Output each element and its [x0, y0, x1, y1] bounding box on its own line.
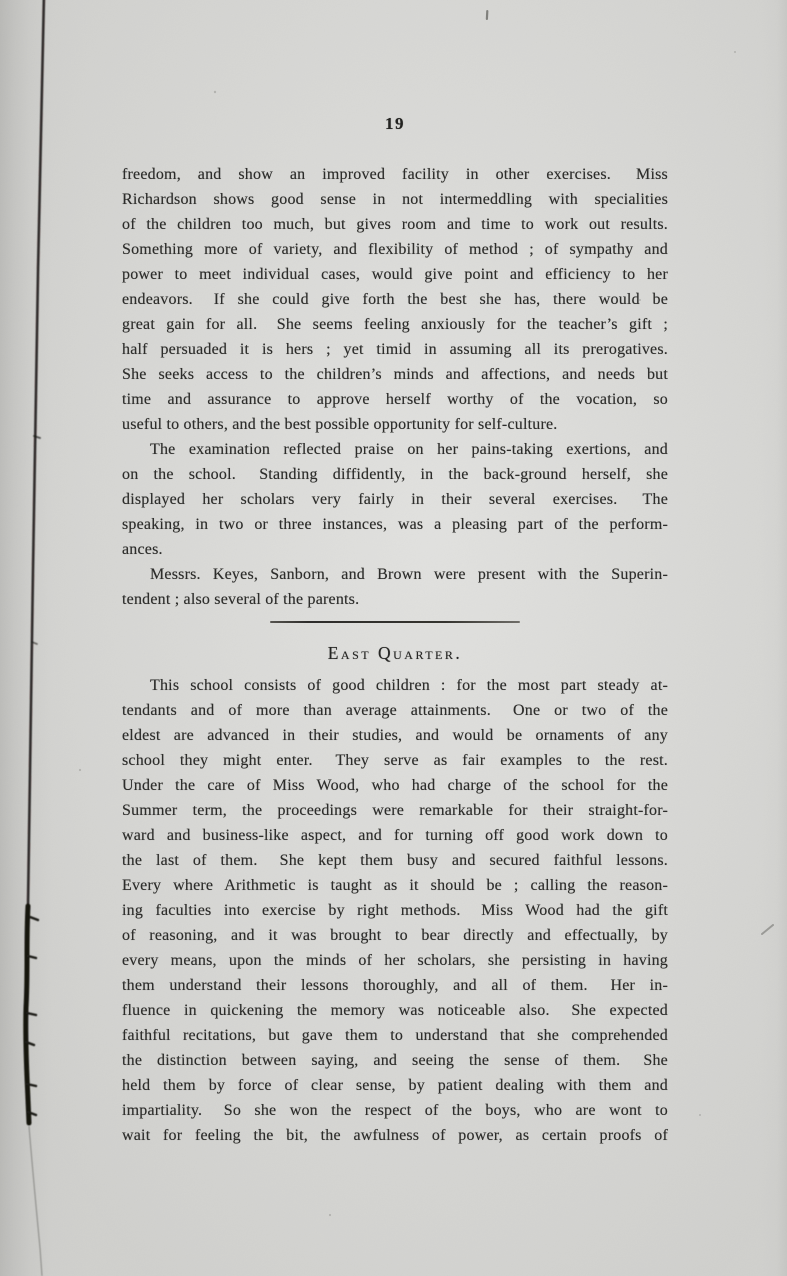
text-line: them understand their lessons thoroughly…: [122, 973, 668, 998]
text-line: Every where Arithmetic is taught as it s…: [122, 873, 668, 898]
text-line: Under the care of Miss Wood, who had cha…: [122, 773, 668, 798]
page-number: 19: [122, 114, 668, 134]
text-line: fluence in quickening the memory was not…: [122, 998, 668, 1023]
text-line: school they might enter. They serve as f…: [122, 748, 668, 773]
text-line: Richardson shows good sense in not inter…: [122, 187, 668, 212]
section-divider-rule: [270, 621, 520, 623]
text-line: She seeks access to the children’s minds…: [122, 362, 668, 387]
text-line: of reasoning, and it was brought to bear…: [122, 923, 668, 948]
text-line: displayed her scholars very fairly in th…: [122, 487, 668, 512]
text-line: impartiality. So she won the respect of …: [122, 1098, 668, 1123]
text-line: power to meet individual cases, would gi…: [122, 262, 668, 287]
text-line: ward and business-like aspect, and for t…: [122, 823, 668, 848]
text-line: faithful recitations, but gave them to u…: [122, 1023, 668, 1048]
text-line: tendent ; also several of the parents.: [122, 587, 668, 612]
text-line: Something more of variety, and flexibili…: [122, 237, 668, 262]
paragraph: This school consists of good children : …: [122, 673, 668, 1148]
text-line: ances.: [122, 537, 668, 562]
top-center-speck: [486, 10, 489, 20]
text-line: Summer term, the proceedings were remark…: [122, 798, 668, 823]
right-edge-scratch: [762, 925, 773, 934]
text-line: useful to others, and the best possible …: [122, 412, 668, 437]
section-heading: East Quarter.: [122, 636, 668, 670]
text-line: Messrs. Keyes, Sanborn, and Brown were p…: [122, 562, 668, 587]
text-line: endeavors. If she could give forth the b…: [122, 287, 668, 312]
text-line: every means, upon the minds of her schol…: [122, 948, 668, 973]
paragraph: Messrs. Keyes, Sanborn, and Brown were p…: [122, 562, 668, 612]
text-line: tendants and of more than average attain…: [122, 698, 668, 723]
paragraph: The examination reflected praise on her …: [122, 437, 668, 562]
text-line: freedom, and show an improved facility i…: [122, 162, 668, 187]
stitch-marks: [26, 436, 40, 1115]
text-line: This school consists of good children : …: [122, 673, 668, 698]
text-line: speaking, in two or three instances, was…: [122, 512, 668, 537]
text-line: half persuaded it is hers ; yet timid in…: [122, 337, 668, 362]
text-line: ing faculties into exercise by right met…: [122, 898, 668, 923]
paragraph: freedom, and show an improved facility i…: [122, 162, 668, 437]
text-line: on the school. Standing diffidently, in …: [122, 462, 668, 487]
binding-line: [26, 0, 44, 1276]
text-line: the last of them. She kept them busy and…: [122, 848, 668, 873]
text-line: wait for feeling the bit, the awfulness …: [122, 1123, 668, 1148]
text-line: the distinction between saying, and seei…: [122, 1048, 668, 1073]
text-line: eldest are advanced in their studies, an…: [122, 723, 668, 748]
scanned-book-page: 19 freedom, and show an improved facilit…: [0, 0, 787, 1276]
text-block: freedom, and show an improved facility i…: [122, 162, 668, 1148]
text-line: time and assurance to approve herself wo…: [122, 387, 668, 412]
text-line: great gain for all. She seems feeling an…: [122, 312, 668, 337]
text-line: of the children too much, but gives room…: [122, 212, 668, 237]
text-line: The examination reflected praise on her …: [122, 437, 668, 462]
text-line: held them by force of clear sense, by pa…: [122, 1073, 668, 1098]
